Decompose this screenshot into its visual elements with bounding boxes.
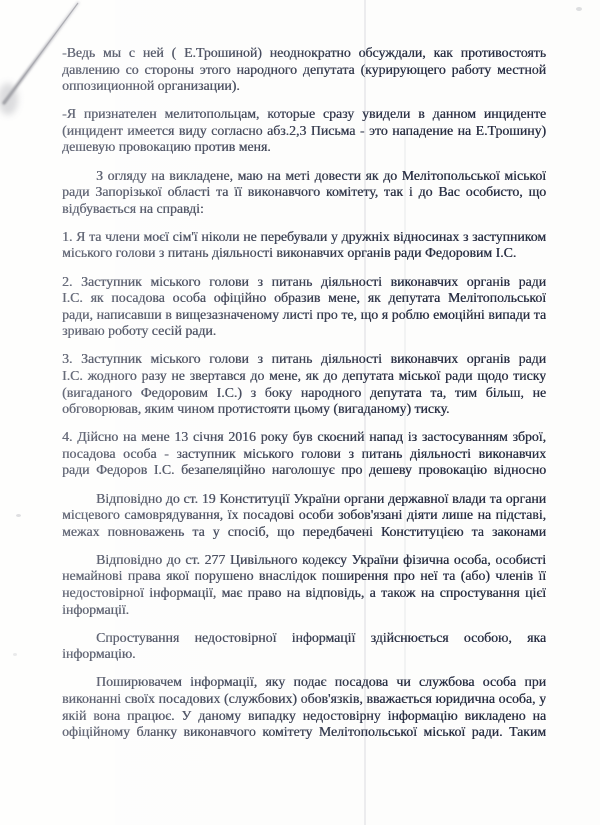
- text-line: інформації.: [62, 602, 546, 619]
- text-line: оппозиционной организации).: [62, 78, 546, 95]
- text-line: (инцидент имеется виду согласно абз.2,3 …: [62, 123, 546, 140]
- text-line: І.С. як посадова особа офіційно образив …: [62, 290, 546, 307]
- text-line: ради, написавши в вищезазначеному листі …: [62, 307, 546, 324]
- paragraph: -Я признателен мелитопольцам, которые ср…: [62, 106, 546, 156]
- text-line: недостовірної інформації, має право на в…: [62, 585, 546, 602]
- text-line: 4. Дійсно на мене 13 січня 2016 року був…: [62, 429, 546, 446]
- text-line: Відповідно до ст. 19 Конституції України…: [62, 491, 546, 508]
- paragraph: Відповідно до ст. 277 Цивільного кодексу…: [62, 552, 546, 618]
- text-line: ради Федоров І.С. безапеляційно наголошу…: [62, 462, 546, 479]
- paragraph: 2. Заступник міського голови з питань ді…: [62, 274, 546, 340]
- text-line: немайнові права якої порушено внаслідок …: [62, 568, 546, 585]
- text-line: 2. Заступник міського голови з питань ді…: [62, 274, 546, 291]
- document-page: -Ведь мы с ней ( Е.Трошиной) неоднократн…: [0, 0, 600, 825]
- text-line: З огляду на викладене, маю на меті довес…: [62, 168, 546, 185]
- letter-body: -Ведь мы с ней ( Е.Трошиной) неоднократн…: [62, 45, 546, 741]
- paragraph: З огляду на викладене, маю на меті довес…: [62, 168, 546, 218]
- text-line: Поширювачем інформації, яку подає посадо…: [62, 674, 546, 691]
- text-line: обговорював, яким чином протистояти цьом…: [62, 401, 546, 418]
- paragraph: 1. Я та члени моєї сім'ї ніколи не переб…: [62, 229, 546, 262]
- text-line: І.С. жодного разу не звертався до мене, …: [62, 368, 546, 385]
- text-line: посадова особа - заступник міського голо…: [62, 446, 546, 463]
- paragraph: Поширювачем інформації, яку подає посадо…: [62, 674, 546, 740]
- paragraph: -Ведь мы с ней ( Е.Трошиной) неоднократн…: [62, 45, 546, 95]
- text-line: офіційному бланку виконавчого комітету М…: [62, 724, 546, 741]
- text-line: Відповідно до ст. 277 Цивільного кодексу…: [62, 552, 546, 569]
- paragraph: 3. Заступник міського голови з питань ді…: [62, 351, 546, 417]
- paragraph: Спростування недостовірної інформації зд…: [62, 630, 546, 663]
- scan-speck: [576, 7, 582, 11]
- text-line: ради Запорізької області та її виконавчо…: [62, 184, 546, 201]
- paragraph: Відповідно до ст. 19 Конституції України…: [62, 491, 546, 541]
- text-line: міського голови з питань діяльності вико…: [62, 245, 546, 262]
- scan-speck: [13, 653, 17, 656]
- text-line: інформацію.: [62, 646, 546, 663]
- text-line: межах повноважень та у спосіб, що передб…: [62, 524, 546, 541]
- text-line: давлению со стороны этого народного депу…: [62, 62, 546, 79]
- text-line: зриваю роботу сесій ради.: [62, 323, 546, 340]
- text-line: якій вона працює. У даному випадку недос…: [62, 708, 546, 725]
- text-line: відбувається на справді:: [62, 201, 546, 218]
- text-line: місцевого самоврядування, їх посадові ос…: [62, 507, 546, 524]
- text-line: 3. Заступник міського голови з питань ді…: [62, 351, 546, 368]
- paragraph: 4. Дійсно на мене 13 січня 2016 року був…: [62, 429, 546, 479]
- text-line: Спростування недостовірної інформації зд…: [62, 630, 546, 647]
- text-line: (вигаданого Федоровим І.С.) з боку народ…: [62, 385, 546, 402]
- text-line: -Ведь мы с ней ( Е.Трошиной) неоднократн…: [62, 45, 546, 62]
- text-line: -Я признателен мелитопольцам, которые ср…: [62, 106, 546, 123]
- text-line: дешевую провокацию против меня.: [62, 139, 546, 156]
- text-line: виконанні своїх посадових (службових) об…: [62, 691, 546, 708]
- scan-speck: [16, 514, 21, 517]
- text-line: 1. Я та члени моєї сім'ї ніколи не переб…: [62, 229, 546, 246]
